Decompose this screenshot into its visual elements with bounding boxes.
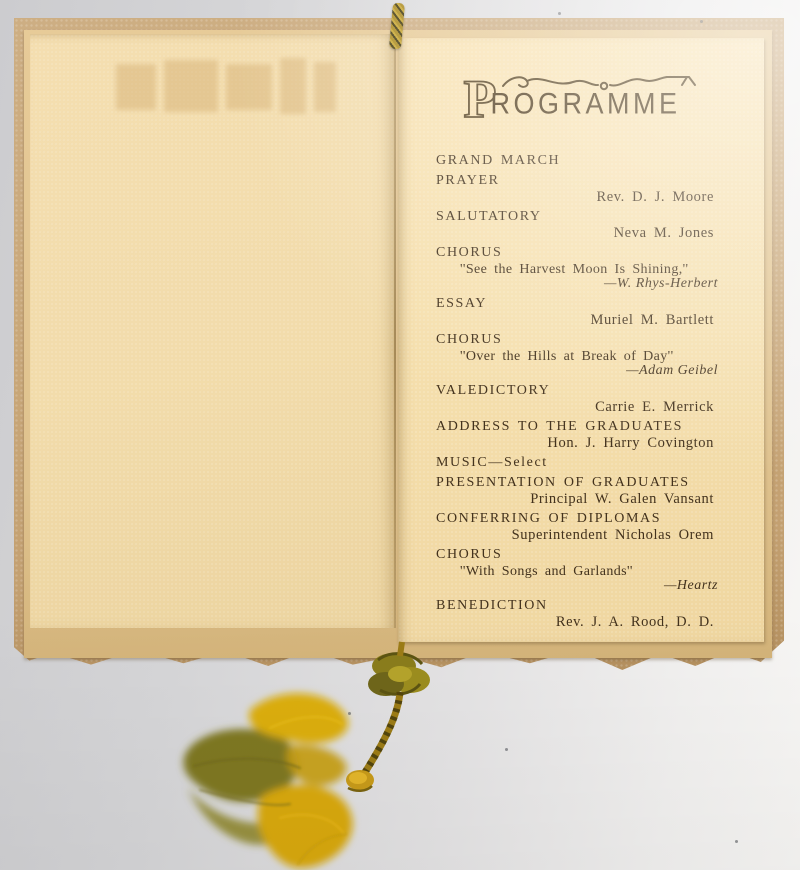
programme-line-name: Neva M. Jones <box>398 226 764 240</box>
dust-speck <box>558 12 561 15</box>
programme-title-text: ROGRAMME <box>491 89 681 119</box>
tassel-icon <box>150 638 450 870</box>
programme-line-item: CHORUS <box>398 333 764 347</box>
programme-line-name: Superintendent Nicholas Orem <box>398 528 764 542</box>
programme-line-item: MUSIC—Select <box>398 456 764 470</box>
programme-line-name: Carrie E. Merrick <box>398 400 764 414</box>
dust-speck <box>700 20 703 23</box>
programme-line-item: CHORUS <box>398 548 764 562</box>
programme-line-item: SALUTATORY <box>398 210 764 224</box>
dust-speck <box>505 748 508 751</box>
programme-line-item: CONFERRING OF DIPLOMAS <box>398 512 764 526</box>
dust-speck <box>348 712 351 715</box>
programme-line-item: CHORUS <box>398 246 764 260</box>
left-blank-page <box>30 34 396 628</box>
programme-line-name: Muriel M. Bartlett <box>398 313 764 327</box>
programme-line-quote: ''Over the Hills at Break of Day'' <box>398 350 764 364</box>
programme-line-attrib: —Adam Geibel <box>398 364 764 378</box>
dust-speck <box>735 840 738 843</box>
programme-line-quote: ''With Songs and Garlands'' <box>398 565 764 579</box>
programme-line-item: ADDRESS TO THE GRADUATES <box>398 420 764 434</box>
programme-line-item: ESSAY <box>398 297 764 311</box>
programme-line-name: Hon. J. Harry Covington <box>398 436 764 450</box>
programme-line-quote: ''See the Harvest Moon Is Shining,'' <box>398 263 764 277</box>
spine-crease <box>394 34 396 628</box>
programme-page: P ROGRAMME GRAND MARCHPRAYERRev. D. J. M… <box>398 38 764 642</box>
programme-line-name: Principal W. Galen Vansant <box>398 492 764 506</box>
programme-line-item: GRAND MARCH <box>398 154 764 168</box>
cord-knot <box>368 653 430 696</box>
programme-lines: GRAND MARCHPRAYERRev. D. J. MooreSALUTAT… <box>398 148 764 629</box>
scanner-bed: P ROGRAMME GRAND MARCHPRAYERRev. D. J. M… <box>0 0 800 870</box>
programme-line-name: Rev. J. A. Rood, D. D. <box>398 615 764 629</box>
programme-line-attrib: —W. Rhys-Herbert <box>398 277 764 291</box>
programme-line-item: PRAYER <box>398 174 764 188</box>
programme-line-name: Rev. D. J. Moore <box>398 190 764 204</box>
programme-line-attrib: —Heartz <box>398 579 764 593</box>
programme-line-item: BENEDICTION <box>398 599 764 613</box>
programme-line-item: PRESENTATION OF GRADUATES <box>398 476 764 490</box>
programme-line-item: VALEDICTORY <box>398 384 764 398</box>
programme-header: P ROGRAMME <box>398 72 764 118</box>
show-through-ghost-text <box>116 56 340 118</box>
